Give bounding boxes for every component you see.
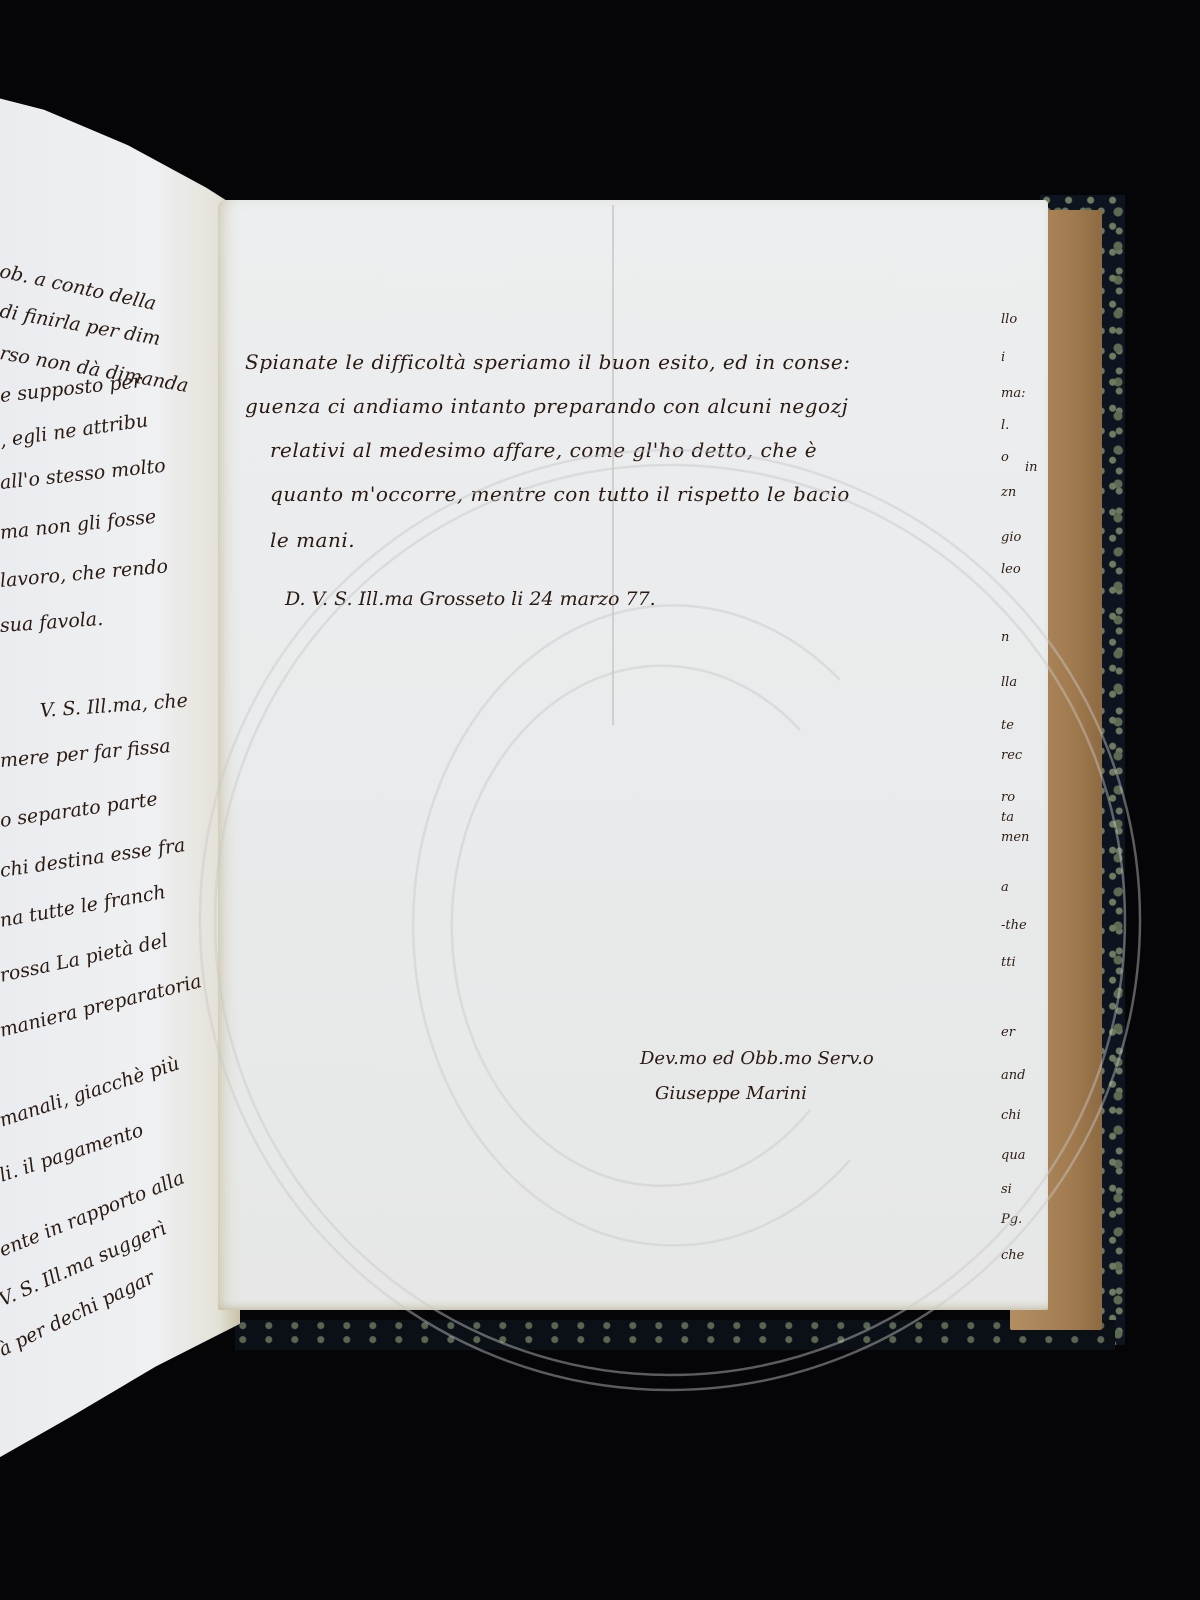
edge-fragment: lla bbox=[1001, 675, 1017, 690]
edge-fragment: o bbox=[1001, 450, 1009, 465]
left-line: o separato parte bbox=[0, 788, 159, 832]
edge-fragment: llo bbox=[1001, 312, 1017, 327]
valediction: Dev.mo ed Obb.mo Serv.o bbox=[640, 1048, 874, 1069]
left-line: sua favola. bbox=[0, 608, 104, 637]
photo-stage: ob. a conto della di finirla per dim rso… bbox=[0, 0, 1200, 1600]
left-line: chi destina esse fra bbox=[0, 834, 187, 882]
edge-fragment: rec bbox=[1001, 748, 1022, 763]
edge-fragment: i bbox=[1001, 350, 1005, 365]
signature-name: Giuseppe Marini bbox=[640, 1083, 874, 1104]
left-line: all'o stesso molto bbox=[0, 455, 167, 494]
letter-line: Spianate le difficoltà speriamo il buon … bbox=[245, 350, 850, 374]
edge-fragment: chi bbox=[1001, 1108, 1021, 1123]
edge-fragment: che bbox=[1001, 1248, 1024, 1263]
edge-fragment: gio bbox=[1001, 530, 1021, 545]
edge-fragment: l. bbox=[1001, 418, 1009, 433]
left-line: ma non gli fosse bbox=[0, 506, 157, 544]
edge-fragment: si bbox=[1001, 1182, 1012, 1197]
letter-line: relativi al medesimo affare, come gl'ho … bbox=[270, 438, 817, 462]
left-line: lavoro, che rendo bbox=[0, 555, 169, 592]
left-line: V. S. Ill.ma, che bbox=[39, 690, 188, 722]
edge-fragment: leo bbox=[1001, 562, 1021, 577]
letter-line: guenza ci andiamo intanto preparando con… bbox=[245, 394, 848, 418]
left-line: manali, giacchè più bbox=[0, 1052, 182, 1131]
edge-fragment: -the bbox=[1001, 918, 1027, 933]
edge-fragment: men bbox=[1001, 830, 1029, 845]
edge-fragment: ma: bbox=[1001, 386, 1025, 401]
left-line: , egli ne attribu bbox=[0, 409, 149, 452]
left-line: rossa La pietà del bbox=[0, 930, 170, 987]
left-line: li. il pagamento bbox=[0, 1119, 146, 1186]
edge-fragment: in bbox=[1025, 460, 1038, 475]
edge-fragment: n bbox=[1001, 630, 1009, 645]
left-page-text: ob. a conto della di finirla per dim rso… bbox=[0, 260, 230, 1360]
letter-line: le mani. bbox=[270, 528, 355, 552]
signature-block: Dev.mo ed Obb.mo Serv.o Giuseppe Marini bbox=[640, 1048, 874, 1118]
edge-fragment: ta bbox=[1001, 810, 1014, 825]
edge-fragment: and bbox=[1001, 1068, 1025, 1083]
left-line: na tutte le franch bbox=[0, 881, 167, 932]
edge-fragment: zn bbox=[1001, 485, 1016, 500]
edge-fragment: tti bbox=[1001, 955, 1016, 970]
place-date-line: D. V. S. Ill.ma Grosseto li 24 marzo 77. bbox=[285, 588, 656, 610]
underlying-page-edge-text: llo i ma: l. o in zn gio leo n lla te re… bbox=[995, 300, 1040, 1280]
edge-fragment: te bbox=[1001, 718, 1014, 733]
edge-fragment: ro bbox=[1001, 790, 1015, 805]
edge-fragment: Pg. bbox=[1001, 1212, 1022, 1227]
marbled-cover-bottom-edge bbox=[235, 1320, 1115, 1350]
left-line: maniera preparatoria bbox=[0, 970, 204, 1042]
letter-line: quanto m'occorre, mentre con tutto il ri… bbox=[270, 482, 850, 506]
paper-fold-crease bbox=[612, 205, 614, 725]
edge-fragment: qua bbox=[1001, 1148, 1025, 1163]
left-line: mere per far fissa bbox=[0, 735, 171, 772]
edge-fragment: er bbox=[1001, 1025, 1015, 1040]
edge-fragment: a bbox=[1001, 880, 1009, 895]
